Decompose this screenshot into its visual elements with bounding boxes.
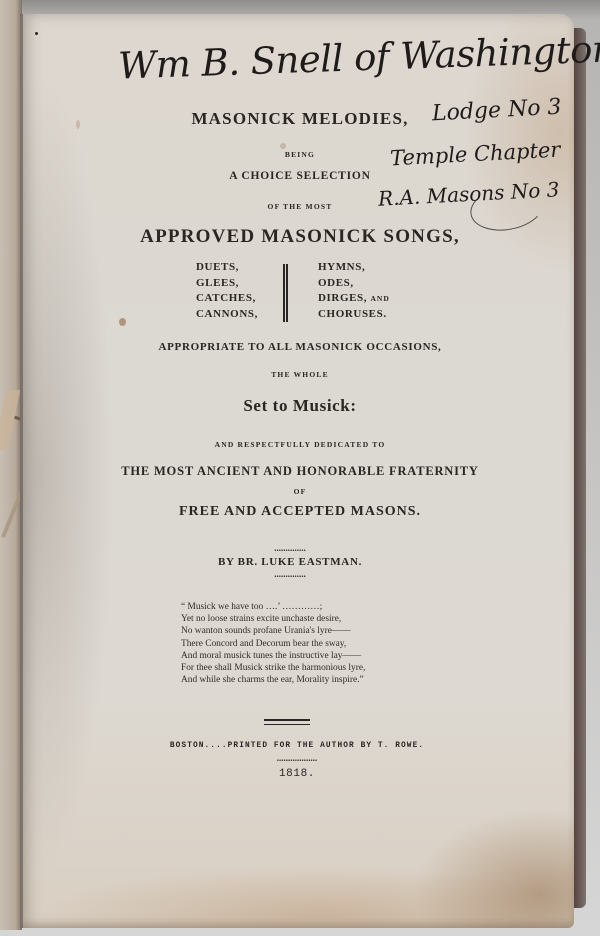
foxing-spot — [35, 32, 38, 35]
dotted-rule-bottom: .............. — [0, 571, 590, 577]
double-rule-divider — [283, 264, 288, 322]
of-the-most-label: OF THE MOST — [0, 202, 600, 211]
subtitle-choice-selection: A CHOICE SELECTION — [0, 170, 600, 182]
poem-line: Yet no loose strains excite unchaste des… — [181, 613, 421, 625]
subtitle-approved-songs: APPROVED MASONICK SONGS, — [0, 226, 600, 248]
form-item: HYMNS, — [318, 260, 390, 276]
of-label: OF — [0, 487, 600, 496]
the-whole-label: THE WHOLE — [0, 370, 600, 379]
epigraph-poem: “ Musick we have too ….’ …………; Yet no lo… — [181, 601, 421, 686]
dedication-line: AND RESPECTFULLY DEDICATED TO — [0, 440, 600, 449]
masons-line: FREE AND ACCEPTED MASONS. — [0, 504, 600, 520]
dotted-rule-top: .............. — [0, 545, 590, 551]
appropriate-line: APPROPRIATE TO ALL MASONICK OCCASIONS, — [0, 341, 600, 353]
form-item: ODES, — [318, 276, 390, 292]
form-item: DUETS, — [196, 260, 258, 276]
imprint-dotted-rule: .................. — [0, 755, 597, 761]
song-forms-right: HYMNS, ODES, DIRGES, AND CHORUSES. — [318, 260, 390, 322]
poem-line: No wanton sounds profane Urania's lyre—— — [181, 625, 421, 637]
foxing-spot — [280, 143, 286, 149]
form-item: CATCHES, — [196, 291, 258, 307]
poem-line: “ Musick we have too ….’ …………; — [181, 601, 421, 613]
being-label: BEING — [0, 150, 600, 159]
form-item: CANNONS, — [196, 307, 258, 323]
form-item: GLEES, — [196, 276, 258, 292]
song-forms-left: DUETS, GLEES, CATCHES, CANNONS, — [196, 260, 258, 322]
form-item: DIRGES, AND — [318, 291, 390, 307]
song-forms-list: DUETS, GLEES, CATCHES, CANNONS, HYMNS, O… — [0, 260, 600, 330]
imprint-line: BOSTON....PRINTED FOR THE AUTHOR BY T. R… — [0, 742, 597, 750]
poem-line: For thee shall Musick strike the harmoni… — [181, 662, 421, 674]
book-title: MASONICK MELODIES, — [0, 109, 600, 129]
poem-line: And while she charms the ear, Morality i… — [181, 674, 421, 686]
form-item: CHORUSES. — [318, 307, 390, 323]
poem-line: There Concord and Decorum bear the sway, — [181, 638, 421, 650]
publication-year: 1818. — [0, 768, 597, 780]
set-to-musick: Set to Musick: — [0, 396, 600, 416]
fraternity-line: THE MOST ANCIENT AND HONORABLE FRATERNIT… — [0, 464, 600, 479]
author-line: BY BR. LUKE EASTMAN. — [0, 556, 590, 568]
form-item-text: DIRGES, — [318, 292, 367, 304]
poem-line: And moral musick tunes the instructive l… — [181, 650, 421, 662]
and-word: AND — [371, 294, 390, 303]
double-rule — [264, 719, 310, 725]
